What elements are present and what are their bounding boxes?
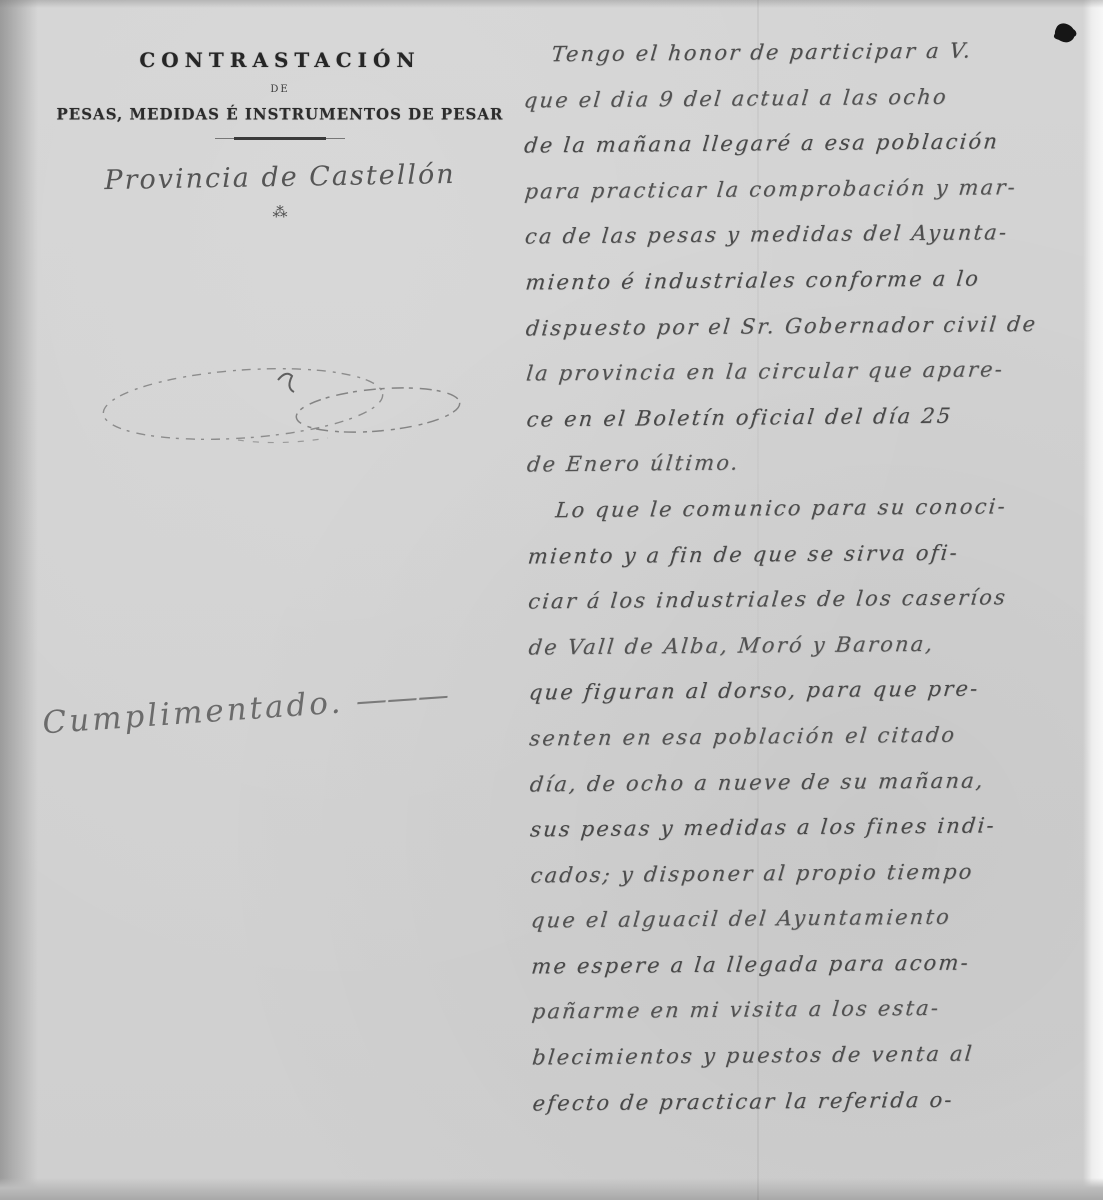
handwritten-line: que figuran al dorso, para que pre- <box>527 666 1097 717</box>
scan-edge-left <box>0 0 38 1200</box>
handwritten-line: efecto de practicar la referida o- <box>530 1076 1100 1127</box>
handwritten-line: sus pesas y medidas a los fines indi- <box>528 803 1098 854</box>
handwritten-line: cados; y disponer al propio tiempo <box>528 848 1098 899</box>
handwritten-line: que el dia 9 del actual a las ocho <box>522 73 1092 124</box>
scanned-letter-page: CONTRASTACIÓN DE PESAS, MEDIDAS É INSTRU… <box>0 0 1103 1200</box>
handwritten-line: para practicar la comprobación y mar- <box>522 164 1092 215</box>
handwritten-line: de Enero último. <box>525 438 1095 489</box>
handwritten-line: ca de las pesas y medidas del Ayunta- <box>523 210 1093 261</box>
letterhead-subtitle: PESAS, MEDIDAS É INSTRUMENTOS DE PESAR <box>40 105 520 124</box>
letterhead-rule <box>234 137 326 140</box>
letterhead-ornament-icon: ⁂ <box>40 203 520 221</box>
handwritten-line: día, de ocho a nueve de su mañana, <box>528 757 1098 808</box>
letterhead-de: DE <box>40 84 520 95</box>
handwritten-line: miento é industriales conforme a lo <box>523 255 1093 306</box>
letterhead-title: CONTRASTACIÓN <box>40 48 520 72</box>
handwritten-line: Lo que le comunico para su conoci- <box>525 483 1095 534</box>
handwritten-line: senten en esa población el citado <box>527 711 1097 762</box>
handwritten-line: de la mañana llegaré a esa población <box>522 119 1092 170</box>
handwritten-line: pañarme en mi visita a los esta- <box>530 985 1100 1036</box>
handwritten-line: dispuesto por el Sr. Gobernador civil de <box>524 301 1094 352</box>
signature-rubric-icon <box>88 352 468 462</box>
handwritten-line: que el alguacil del Ayuntamiento <box>529 894 1099 945</box>
letterhead-province: Provincia de Castellón <box>40 158 520 197</box>
handwritten-line: ce en el Boletín oficial del día 25 <box>524 392 1094 443</box>
handwritten-line: Tengo el honor de participar a V. <box>521 28 1091 79</box>
annotation-dash: ——— <box>355 677 450 719</box>
handwritten-line: de Vall de Alba, Moró y Barona, <box>526 620 1096 671</box>
handwritten-line: la provincia en la circular que apare- <box>524 347 1094 398</box>
handwritten-line: ciar á los industriales de los caseríos <box>526 575 1096 626</box>
handwritten-line: miento y a fin de que se sirva ofi- <box>526 529 1096 580</box>
handwritten-line: me espere a la llegada para acom- <box>529 939 1099 990</box>
printed-letterhead: CONTRASTACIÓN DE PESAS, MEDIDAS É INSTRU… <box>40 48 520 221</box>
handwritten-letter-body: Tengo el honor de participar a V. que el… <box>523 28 1099 1127</box>
scan-edge-bottom <box>0 1178 1103 1200</box>
handwritten-line: blecimientos y puestos de venta al <box>530 1031 1100 1082</box>
scan-edge-top <box>0 0 1103 8</box>
